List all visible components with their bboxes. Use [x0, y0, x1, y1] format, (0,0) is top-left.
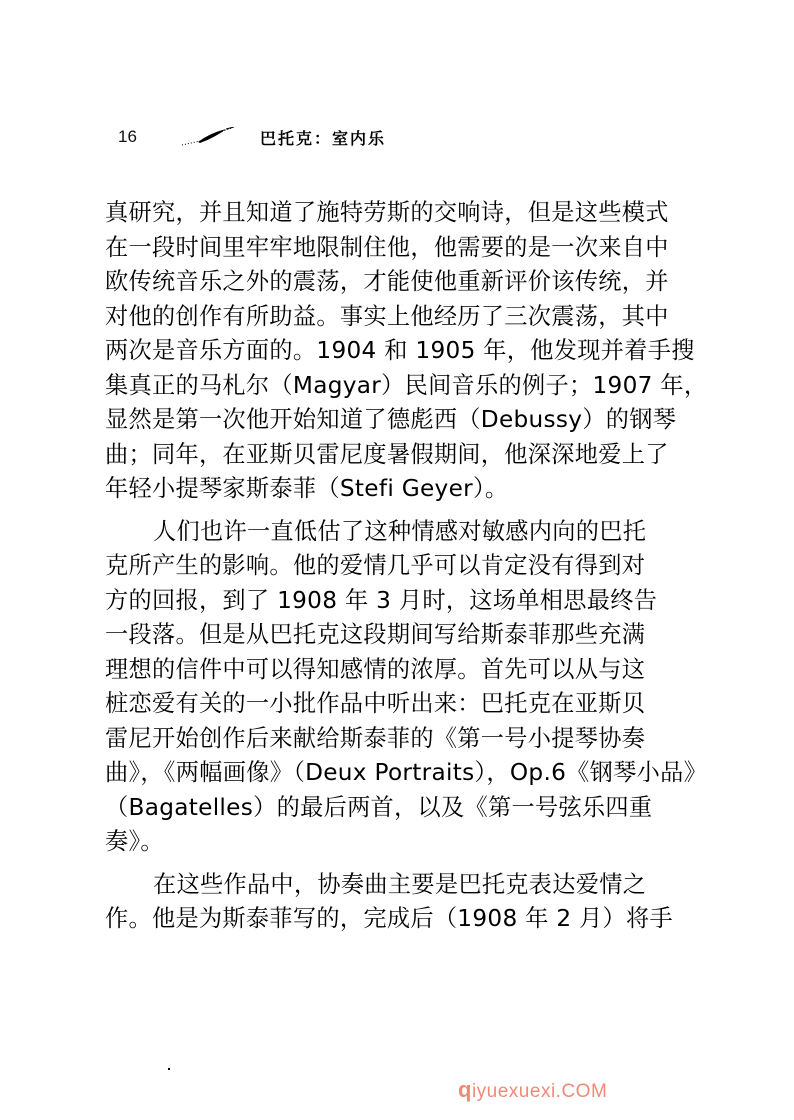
text-line: 欧传统音乐之外的震荡，才能使他重新评价该传统，并	[105, 265, 665, 300]
text-line: 年轻小提琴家斯泰菲（Stefi Geyer）。	[105, 472, 665, 507]
page-header: 16 巴托克：室内乐	[118, 122, 386, 152]
text-line: 作。他是为斯泰菲写的，完成后（1908 年 2 月）将手	[105, 902, 665, 937]
quill-pen-icon	[180, 127, 236, 147]
body-text: 真研究，并且知道了施特劳斯的交响诗，但是这些模式 在一段时间里牢牢地限制住他，他…	[105, 196, 665, 937]
text-line: （Bagatelles）的最后两首，以及《第一号弦乐四重	[105, 791, 665, 826]
text-line: 曲》，《两幅画像》（Deux Portraits），Op.6《钢琴小品》	[105, 756, 665, 791]
text-line: 曲；同年，在亚斯贝雷尼度暑假期间，他深深地爱上了	[105, 438, 665, 473]
text-line: 集真正的马札尔（Magyar）民间音乐的例子；1907 年，	[105, 369, 665, 404]
text-line: 克所产生的影响。他的爱情几乎可以肯定没有得到对	[105, 549, 665, 584]
text-line: 理想的信件中可以得知感情的浓厚。首先可以从与这	[105, 653, 665, 688]
watermark: qiyuexuexi.COM	[458, 1077, 607, 1103]
text-line: 奏》。	[105, 825, 665, 860]
text-line: 真研究，并且知道了施特劳斯的交响诗，但是这些模式	[105, 196, 665, 231]
text-line: 显然是第一次他开始知道了德彪西（Debussy）的钢琴	[105, 403, 665, 438]
watermark-text: iyuexuexi.COM	[472, 1081, 607, 1102]
text-line: 一段落。但是从巴托克这段期间写给斯泰菲那些充满	[105, 618, 665, 653]
text-line: 在一段时间里牢牢地限制住他，他需要的是一次来自中	[105, 231, 665, 266]
text-line: 方的回报，到了 1908 年 3 月时，这场单相思最终告	[105, 584, 665, 619]
text-line: 两次是音乐方面的。1904 和 1905 年，他发现并着手搜	[105, 334, 665, 369]
text-line: 对他的创作有所助益。事实上他经历了三次震荡，其中	[105, 300, 665, 335]
text-line: 桩恋爱有关的一小批作品中听出来：巴托克在亚斯贝	[105, 687, 665, 722]
running-title: 巴托克：室内乐	[260, 126, 386, 149]
page-number: 16	[118, 127, 178, 147]
text-line: 雷尼开始创作后来献给斯泰菲的《第一号小提琴协奏	[105, 722, 665, 757]
paragraph-start-line: 在这些作品中，协奏曲主要是巴托克表达爱情之	[105, 868, 665, 903]
scan-speck	[168, 1068, 170, 1070]
paragraph-start-line: 人们也许一直低估了这种情感对敏感内向的巴托	[105, 515, 665, 550]
watermark-initial: q	[458, 1077, 472, 1102]
